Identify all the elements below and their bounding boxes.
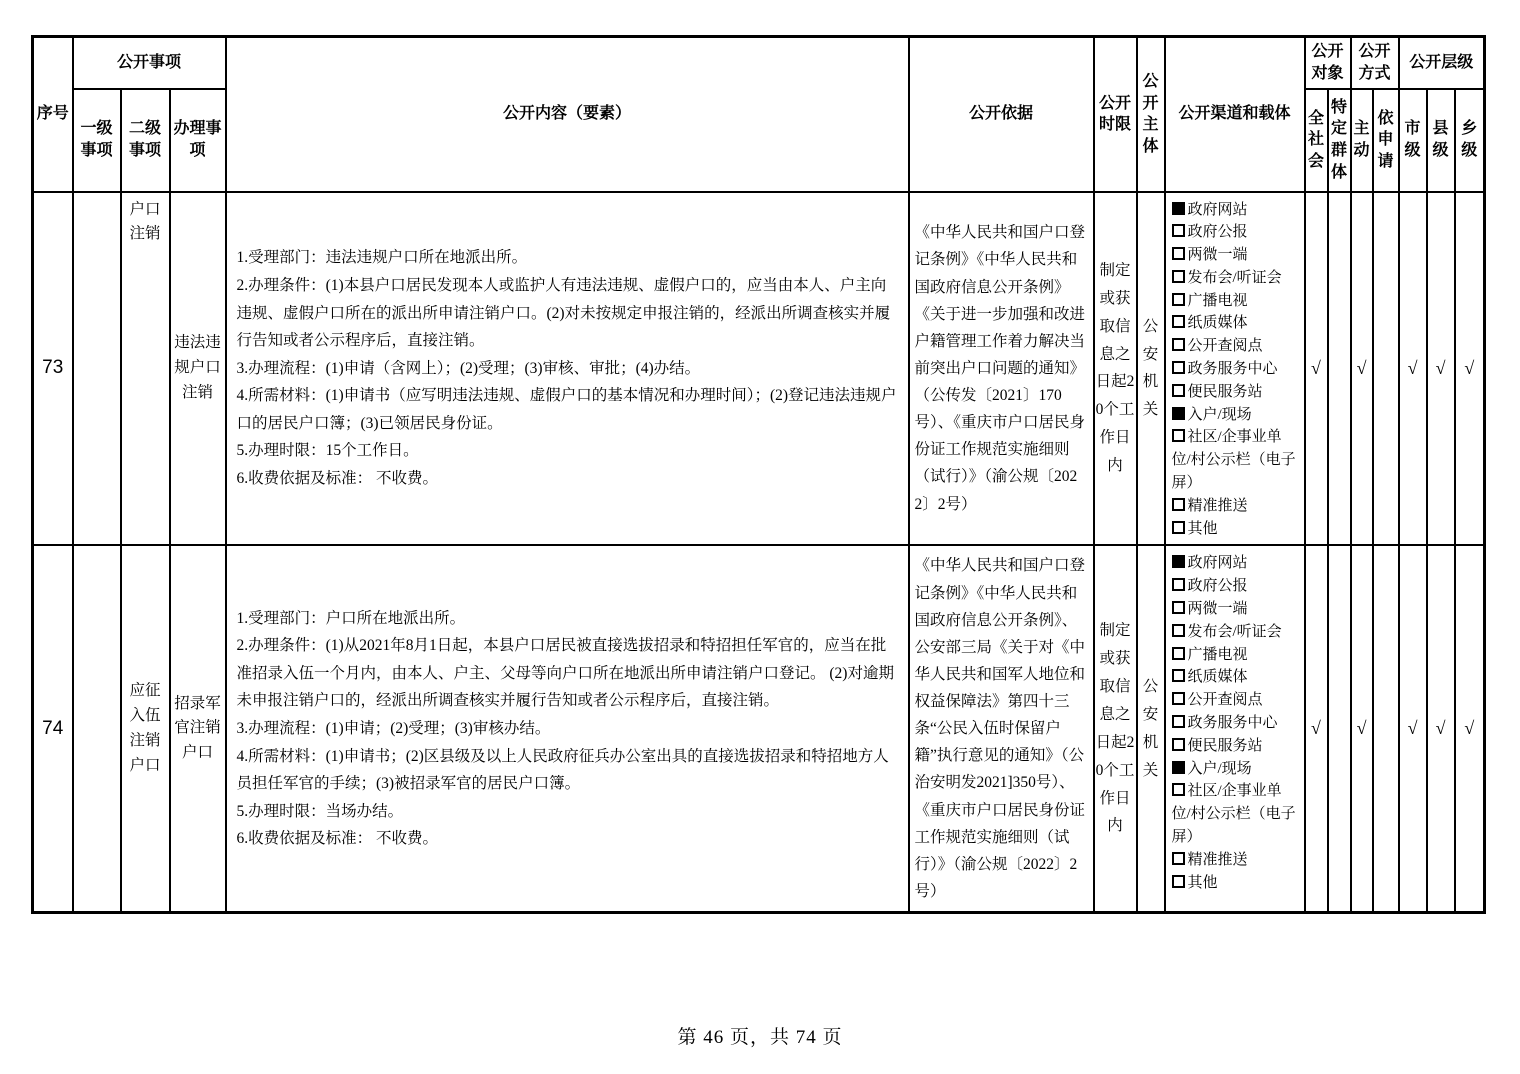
subject-text: 公安机关	[1137, 192, 1165, 546]
header-method-active: 主动	[1351, 89, 1373, 192]
channel-label: 发布会/听证会	[1188, 624, 1282, 640]
content-text: 1.受理部门：户口所在地派出所。 2.办理条件：(1)从2021年8月1日起，本…	[226, 545, 909, 912]
channel-label: 政府网站	[1188, 202, 1248, 218]
unchecked-checkbox-icon	[1172, 521, 1185, 534]
mark-method-active: √	[1351, 192, 1373, 546]
channel-item: 入户/现场	[1172, 404, 1300, 427]
level2-item: 应征入伍注销户口	[121, 545, 170, 912]
channel-label: 其他	[1188, 521, 1218, 537]
unchecked-checkbox-icon	[1172, 293, 1185, 306]
header-basis: 公开依据	[909, 37, 1094, 192]
header-channels: 公开渠道和载体	[1165, 37, 1305, 192]
header-group-method: 公开方式	[1351, 37, 1399, 89]
channel-label: 广播电视	[1188, 293, 1248, 309]
channel-item: 其他	[1172, 518, 1300, 541]
channel-label: 入户/现场	[1188, 407, 1252, 423]
unchecked-checkbox-icon	[1172, 875, 1185, 888]
channel-item: 发布会/听证会	[1172, 621, 1300, 644]
channel-item: 社区/企事业单位/村公示栏（电子屏）	[1172, 426, 1300, 494]
channel-label: 纸质媒体	[1188, 315, 1248, 331]
channel-label: 其他	[1188, 875, 1218, 891]
unchecked-checkbox-icon	[1172, 429, 1185, 442]
header-level1: 一级事项	[73, 89, 121, 192]
level2-item: 户口注销	[121, 192, 170, 546]
unchecked-checkbox-icon	[1172, 247, 1185, 260]
page-number-footer: 第 46 页，共 74 页	[0, 1022, 1520, 1049]
channel-label: 政务服务中心	[1188, 715, 1278, 731]
time-limit-text: 制定或获取信息之日起20个工作日内	[1094, 545, 1137, 912]
table-row: 74 应征入伍注销户口 招录军官注销户口 1.受理部门：户口所在地派出所。 2.…	[33, 545, 1485, 912]
header-content: 公开内容（要素）	[226, 37, 909, 192]
channel-label: 发布会/听证会	[1188, 270, 1282, 286]
unchecked-checkbox-icon	[1172, 783, 1185, 796]
mark-level-township: √	[1455, 192, 1485, 546]
channels-list: 政府网站政府公报两微一端发布会/听证会广播电视纸质媒体公开查阅点政务服务中心便民…	[1165, 545, 1305, 912]
unchecked-checkbox-icon	[1172, 852, 1185, 865]
basis-text: 《中华人民共和国户口登记条例》《中华人民共和国政府信息公开条例》《关于进一步加强…	[909, 192, 1094, 546]
header-level-county: 县级	[1427, 89, 1455, 192]
channel-item: 精准推送	[1172, 495, 1300, 518]
channel-label: 精准推送	[1188, 852, 1248, 868]
channel-label: 政府网站	[1188, 555, 1248, 571]
channel-label: 社区/企事业单位/村公示栏（电子屏）	[1172, 783, 1296, 845]
channel-label: 纸质媒体	[1188, 669, 1248, 685]
unchecked-checkbox-icon	[1172, 578, 1185, 591]
mark-target-specific	[1328, 545, 1351, 912]
basis-text: 《中华人民共和国户口登记条例》《中华人民共和国政府信息公开条例》、公安部三局《关…	[909, 545, 1094, 912]
header-level-city: 市级	[1399, 89, 1427, 192]
header-target-specific: 特定群体	[1328, 89, 1351, 192]
channel-label: 社区/企事业单位/村公示栏（电子屏）	[1172, 429, 1296, 491]
channel-item: 政务服务中心	[1172, 358, 1300, 381]
channel-label: 公开查阅点	[1188, 692, 1263, 708]
unchecked-checkbox-icon	[1172, 498, 1185, 511]
channel-item: 两微一端	[1172, 598, 1300, 621]
channel-label: 政府公报	[1188, 578, 1248, 594]
mark-level-township: √	[1455, 545, 1485, 912]
mark-target-specific	[1328, 192, 1351, 546]
channels-list: 政府网站政府公报两微一端发布会/听证会广播电视纸质媒体公开查阅点政务服务中心便民…	[1165, 192, 1305, 546]
channel-item: 政府网站	[1172, 199, 1300, 222]
header-group-level: 公开层级	[1399, 37, 1485, 89]
channel-label: 精准推送	[1188, 498, 1248, 514]
channel-item: 其他	[1172, 872, 1300, 895]
header-seq: 序号	[33, 37, 73, 192]
channel-label: 两微一端	[1188, 601, 1248, 617]
mark-method-active: √	[1351, 545, 1373, 912]
level1-item	[73, 545, 121, 912]
seq-number: 74	[33, 545, 73, 912]
unchecked-checkbox-icon	[1172, 624, 1185, 637]
mark-method-request	[1373, 192, 1399, 546]
header-method-request: 依申请	[1373, 89, 1399, 192]
channel-label: 政务服务中心	[1188, 361, 1278, 377]
channel-label: 入户/现场	[1188, 761, 1252, 777]
header-time-limit: 公开时限	[1094, 37, 1137, 192]
mark-target-all: √	[1305, 192, 1328, 546]
handle-item: 违法违规户口注销	[170, 192, 226, 546]
unchecked-checkbox-icon	[1172, 224, 1185, 237]
unchecked-checkbox-icon	[1172, 692, 1185, 705]
seq-number: 73	[33, 192, 73, 546]
header-handle-item: 办理事项	[170, 89, 226, 192]
unchecked-checkbox-icon	[1172, 315, 1185, 328]
header-target-all: 全社会	[1305, 89, 1328, 192]
table-row: 73 户口注销 违法违规户口注销 1.受理部门：违法违规户口所在地派出所。 2.…	[33, 192, 1485, 546]
header-row-groups: 序号 公开事项 公开内容（要素） 公开依据 公开时限 公开主体 公开渠道和载体 …	[33, 37, 1485, 89]
unchecked-checkbox-icon	[1172, 361, 1185, 374]
channel-label: 公开查阅点	[1188, 338, 1263, 354]
mark-level-city: √	[1399, 545, 1427, 912]
unchecked-checkbox-icon	[1172, 338, 1185, 351]
channel-label: 政府公报	[1188, 224, 1248, 240]
subject-text: 公安机关	[1137, 545, 1165, 912]
header-level-township: 乡级	[1455, 89, 1485, 192]
channel-item: 公开查阅点	[1172, 335, 1300, 358]
document-page: 序号 公开事项 公开内容（要素） 公开依据 公开时限 公开主体 公开渠道和载体 …	[31, 35, 1486, 914]
unchecked-checkbox-icon	[1172, 647, 1185, 660]
channel-item: 广播电视	[1172, 644, 1300, 667]
channel-item: 政府网站	[1172, 552, 1300, 575]
channel-item: 纸质媒体	[1172, 312, 1300, 335]
channel-item: 纸质媒体	[1172, 666, 1300, 689]
header-subject: 公开主体	[1137, 37, 1165, 192]
channel-label: 便民服务站	[1188, 384, 1263, 400]
header-group-items: 公开事项	[73, 37, 226, 89]
checked-checkbox-icon	[1172, 555, 1185, 568]
checked-checkbox-icon	[1172, 202, 1185, 215]
header-level2: 二级事项	[121, 89, 170, 192]
channel-item: 便民服务站	[1172, 735, 1300, 758]
channel-item: 政府公报	[1172, 221, 1300, 244]
checked-checkbox-icon	[1172, 407, 1185, 420]
mark-level-city: √	[1399, 192, 1427, 546]
time-limit-text: 制定或获取信息之日起20个工作日内	[1094, 192, 1137, 546]
unchecked-checkbox-icon	[1172, 270, 1185, 283]
channel-item: 入户/现场	[1172, 758, 1300, 781]
channel-label: 便民服务站	[1188, 738, 1263, 754]
channel-item: 便民服务站	[1172, 381, 1300, 404]
channel-item: 广播电视	[1172, 290, 1300, 313]
level1-item	[73, 192, 121, 546]
unchecked-checkbox-icon	[1172, 715, 1185, 728]
mark-method-request	[1373, 545, 1399, 912]
mark-target-all: √	[1305, 545, 1328, 912]
disclosure-table: 序号 公开事项 公开内容（要素） 公开依据 公开时限 公开主体 公开渠道和载体 …	[31, 35, 1486, 914]
unchecked-checkbox-icon	[1172, 738, 1185, 751]
unchecked-checkbox-icon	[1172, 601, 1185, 614]
channel-item: 公开查阅点	[1172, 689, 1300, 712]
mark-level-county: √	[1427, 192, 1455, 546]
channel-item: 社区/企事业单位/村公示栏（电子屏）	[1172, 780, 1300, 848]
unchecked-checkbox-icon	[1172, 669, 1185, 682]
channel-item: 精准推送	[1172, 849, 1300, 872]
channel-label: 两微一端	[1188, 247, 1248, 263]
handle-item: 招录军官注销户口	[170, 545, 226, 912]
header-group-target: 公开对象	[1305, 37, 1351, 89]
checked-checkbox-icon	[1172, 761, 1185, 774]
channel-item: 政府公报	[1172, 575, 1300, 598]
channel-item: 发布会/听证会	[1172, 267, 1300, 290]
channel-label: 广播电视	[1188, 647, 1248, 663]
unchecked-checkbox-icon	[1172, 384, 1185, 397]
channel-item: 两微一端	[1172, 244, 1300, 267]
content-text: 1.受理部门：违法违规户口所在地派出所。 2.办理条件：(1)本县户口居民发现本…	[226, 192, 909, 546]
channel-item: 政务服务中心	[1172, 712, 1300, 735]
mark-level-county: √	[1427, 545, 1455, 912]
